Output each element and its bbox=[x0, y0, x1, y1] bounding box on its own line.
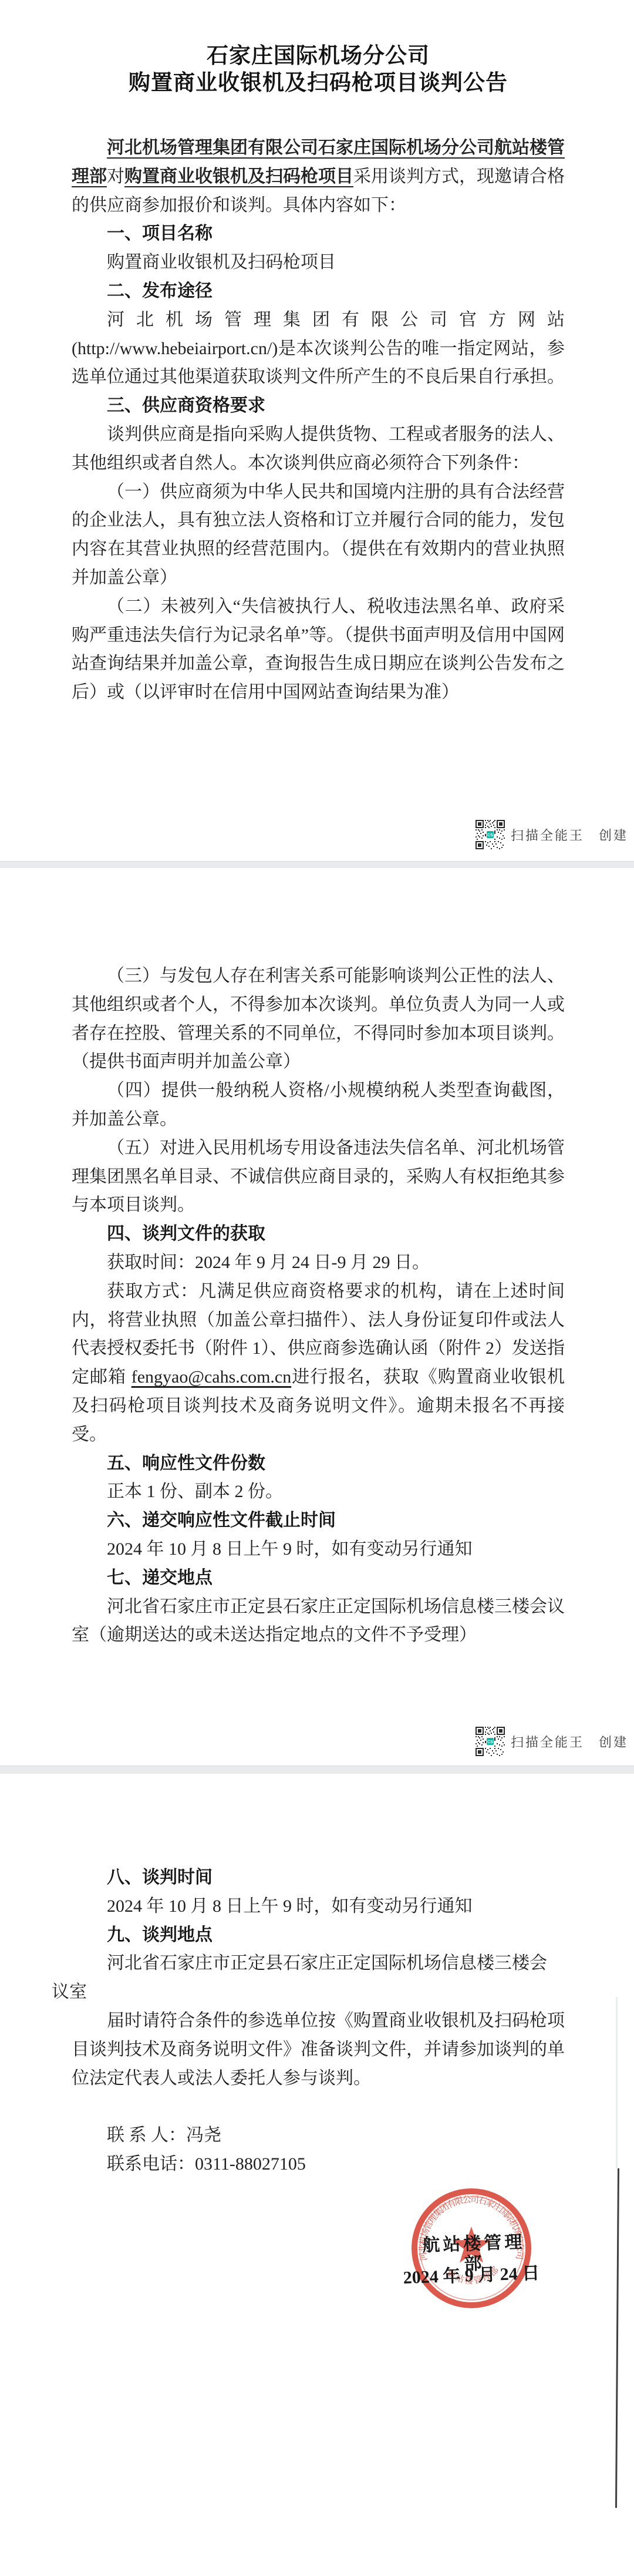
section3-item5: （五）对进入民用机场专用设备违法失信名单、河北机场管理集团黑名单目录、不诚信供应… bbox=[72, 1134, 565, 1220]
watermark-label: 扫描全能王 创建 bbox=[511, 1733, 628, 1751]
section5-heading: 五、响应性文件份数 bbox=[72, 1450, 565, 1478]
page-3: 八、谈判时间 2024 年 10 月 8 日上午 9 时，如有变动另行通知 九、… bbox=[0, 1774, 634, 2576]
section7-body: 河北省石家庄市正定县石家庄正定国际机场信息楼三楼会议室（逾期送达的或未送达指定地… bbox=[72, 1593, 565, 1650]
section3-heading: 三、供应商资格要求 bbox=[72, 392, 565, 421]
section7-heading: 七、递交地点 bbox=[72, 1564, 565, 1593]
section5-body: 正本 1 份、副本 2 份。 bbox=[72, 1478, 565, 1506]
intro-project-underlined: 购置商业收银机及扫码枪项目 bbox=[124, 167, 353, 186]
closing-paragraph: 届时请符合条件的参选单位按《购置商业收银机及扫码枪项目谈判技术及商务说明文件》准… bbox=[72, 2007, 565, 2093]
intro-connector: 对 bbox=[107, 167, 124, 186]
camscanner-qr-icon: CS bbox=[475, 820, 505, 849]
section3-item4: （四）提供一般纳税人资格/小规模纳税人类型查询截图，并加盖公章。 bbox=[72, 1077, 565, 1134]
svg-text:CS: CS bbox=[487, 1739, 493, 1744]
section4-heading: 四、谈判文件的获取 bbox=[72, 1220, 565, 1249]
contact-name-line: 联 系 人：冯尧 bbox=[72, 2121, 565, 2150]
section3-item2: （二）未被列入“失信被执行人、税收违法黑名单、政府采购严重违法失信行为记录名单”… bbox=[72, 593, 565, 707]
page-separator bbox=[0, 861, 634, 868]
camscanner-qr-icon: CS bbox=[475, 1727, 505, 1756]
section8-body: 2024 年 10 月 8 日上午 9 时，如有变动另行通知 bbox=[72, 1892, 565, 1921]
doc-title-line2: 购置商业收银机及扫码枪项目谈判公告 bbox=[72, 70, 565, 97]
section4-method: 获取方式：凡满足供应商资格要求的机构，请在上述时间内，将营业执照（加盖公章扫描件… bbox=[72, 1277, 565, 1450]
section2-heading: 二、发布途径 bbox=[72, 277, 565, 306]
section1-body: 购置商业收银机及扫码枪项目 bbox=[72, 248, 565, 277]
section4-time: 获取时间：2024 年 9 月 24 日-9 月 29 日。 bbox=[72, 1249, 565, 1277]
watermark-label: 扫描全能王 创建 bbox=[511, 826, 628, 844]
section6-heading: 六、递交响应性文件截止时间 bbox=[72, 1506, 565, 1535]
section9-body-line2: 议室 bbox=[52, 1978, 565, 2007]
doc-title-line1: 石家庄国际机场分公司 bbox=[72, 43, 565, 70]
section6-body: 2024 年 10 月 8 日上午 9 时，如有变动另行通知 bbox=[72, 1535, 565, 1564]
section9-body-line1: 河北省石家庄市正定县石家庄正定国际机场信息楼三楼会 bbox=[72, 1949, 565, 1978]
section2-body: 河北机场管理集团有限公司官方网站(http://www.hebeiairport… bbox=[72, 306, 565, 392]
intro-paragraph: 河北机场管理集团有限公司石家庄国际机场分公司航站楼管理部对购置商业收银机及扫码枪… bbox=[72, 134, 565, 220]
page-2: （三）与发包人存在利害关系可能影响谈判公正性的法人、其他组织或者个人，不得参加本… bbox=[0, 868, 634, 1765]
section9-heading: 九、谈判地点 bbox=[72, 1921, 565, 1950]
contact-phone-line: 联系电话：0311-88027105 bbox=[72, 2150, 565, 2179]
svg-text:CS: CS bbox=[487, 832, 493, 838]
section1-heading: 一、项目名称 bbox=[72, 220, 565, 248]
section3-item3: （三）与发包人存在利害关系可能影响谈判公正性的法人、其他组织或者个人，不得参加本… bbox=[72, 962, 565, 1077]
scan-artifact-light-line bbox=[616, 1997, 618, 2168]
page-separator bbox=[0, 1765, 634, 1774]
section3-intro: 谈判供应商是指向采购人提供货物、工程或者服务的法人、其他组织或者自然人。本次谈判… bbox=[72, 421, 565, 478]
page-1: 石家庄国际机场分公司 购置商业收银机及扫码枪项目谈判公告 河北机场管理集团有限公… bbox=[0, 0, 634, 861]
contact-email: fengyao@cahs.com.cn bbox=[131, 1367, 292, 1387]
section8-heading: 八、谈判时间 bbox=[72, 1864, 565, 1892]
section3-item1: （一）供应商须为中华人民共和国境内注册的具有合法经营的企业法人，具有独立法人资格… bbox=[72, 478, 565, 593]
scanned-document-canvas: 石家庄国际机场分公司 购置商业收银机及扫码枪项目谈判公告 河北机场管理集团有限公… bbox=[0, 0, 634, 2576]
camscanner-watermark: CS 扫描全能王 创建 bbox=[475, 820, 628, 849]
camscanner-watermark: CS 扫描全能王 创建 bbox=[475, 1727, 628, 1756]
